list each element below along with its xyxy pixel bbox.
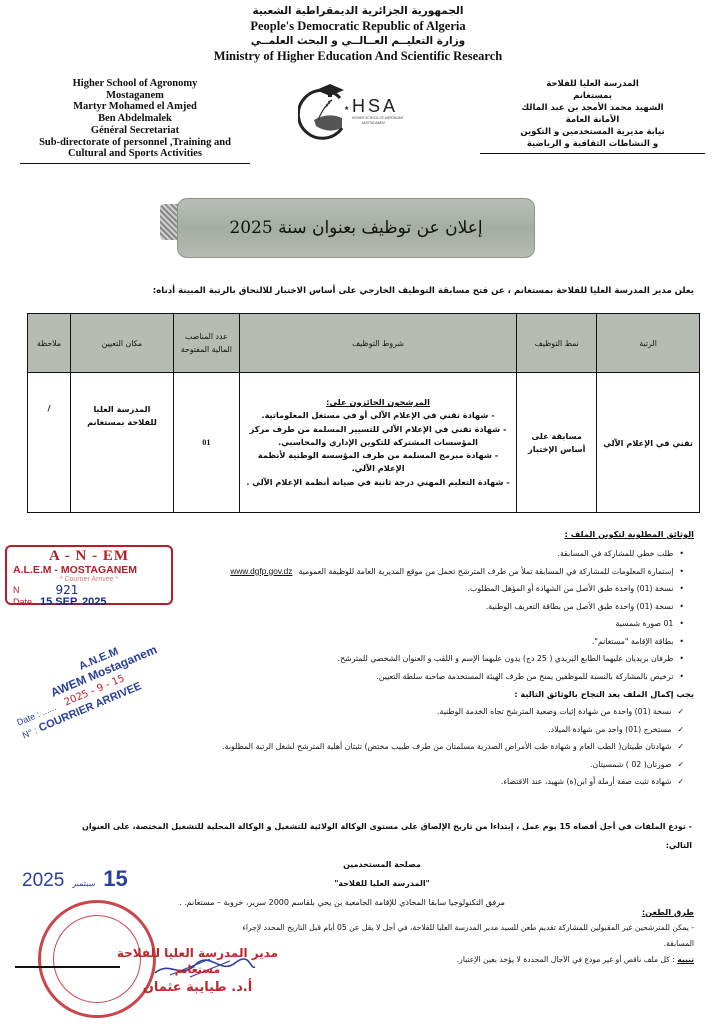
hsa-logo-icon: ★ HSA HIGHER SCHOOL OF AGRONOMY MOSTAGAN… bbox=[298, 80, 428, 142]
table-row: تقني في الإعلام الآلي مسابقة على أساس ال… bbox=[28, 373, 700, 513]
cell-posts: 01 bbox=[173, 373, 239, 513]
after-success-heading: يجب إكمال الملف بعد النجاح بالوثائق التا… bbox=[174, 686, 694, 703]
list-item: إستمارة المعلومات للمشاركة في المسابقة ت… bbox=[174, 563, 684, 581]
stamp-date-label: Date bbox=[13, 596, 32, 608]
signature-city: مستغانم bbox=[110, 962, 285, 978]
list-item: بطاقة الإقامة "مستغانم". bbox=[174, 633, 684, 651]
intro-text: يعلن مدير المدرسة العليا للفلاحة بمستغان… bbox=[153, 286, 694, 296]
appeals-section: طرق الطعن: - يمكن للمترشحين غير المقبولي… bbox=[224, 904, 694, 968]
cell-mode: مسابقة على أساس الإختبار bbox=[517, 373, 597, 513]
required-documents: الوثائق المطلوبة لتكوين الملف : طلب خطي … bbox=[174, 529, 694, 791]
institution-block-en: Higher School of Agronomy Mostaganem Mar… bbox=[20, 78, 250, 164]
announcement-title-box: إعلان عن توظيف بعنوان سنة 2025 bbox=[177, 198, 535, 258]
date-month: سبتمبر bbox=[72, 879, 95, 888]
appeals-text: - يمكن للمترشحين غير المقبولين للمشاركة … bbox=[224, 920, 694, 952]
director-signature: مدير المدرسة العليا للفلاحة مستغانم أ.د.… bbox=[110, 944, 285, 998]
institution-line: Higher School of Agronomy bbox=[20, 78, 250, 90]
header-conditions: شروط التوظيف bbox=[239, 314, 516, 373]
condition-item: - شهادة مبرمج المسلمة من طرف المؤسسة الو… bbox=[246, 449, 510, 475]
institution-line: بمستغانم bbox=[480, 90, 705, 102]
institution-line: Cultural and Sports Activities bbox=[20, 148, 250, 160]
institution-block-ar: المدرسة العليا للفلاحة بمستغانم الشهيد م… bbox=[480, 78, 705, 154]
list-item: نسخة (01) واحدة طبق الأصل من بطاقة التعر… bbox=[174, 598, 684, 616]
list-item: ظرفان بريديان عليهما الطابع البريدي ( 25… bbox=[174, 650, 684, 668]
recruitment-table: الرتبة نمط التوظيف شروط التوظيف عدد المن… bbox=[27, 313, 700, 513]
header-note: ملاحظة bbox=[28, 314, 71, 373]
conditions-lead: المرشحون الحائزون على: bbox=[246, 396, 510, 409]
institution-line: Général Secretariat bbox=[20, 125, 250, 137]
announcement-title: إعلان عن توظيف بعنوان سنة 2025 bbox=[229, 218, 482, 238]
list-item: صورتان( 02 ) شمسيتان. bbox=[174, 756, 684, 774]
institution-line: Mostaganem bbox=[20, 90, 250, 102]
institution-line: نيابة مديرية المستخدمين و التكوين bbox=[480, 126, 705, 138]
deposit-line: - تودع الملفات في أجل أقصاه 15 يوم عمل ،… bbox=[72, 817, 692, 855]
awem-n-label: N° : bbox=[21, 725, 39, 740]
dgfp-link[interactable]: www.dgfp.gov.dz bbox=[230, 566, 292, 576]
signature-title: مدير المدرسة العليا للفلاحة bbox=[110, 944, 285, 962]
hsa-logo: ★ HSA HIGHER SCHOOL OF AGRONOMY MOSTAGAN… bbox=[298, 80, 428, 142]
ministry-en: Ministry of Higher Education And Scienti… bbox=[0, 49, 716, 64]
condition-item: - شهادة التعليم المهني درجة ثانية في صيا… bbox=[246, 476, 510, 489]
after-success-list: نسخة (01) واحدة من شهادة إثبات وضعية الم… bbox=[174, 703, 694, 791]
notice-line: تنبيه : كل ملف ناقص أو غير مودع في الآجا… bbox=[224, 952, 694, 968]
deposit-service: مصلحة المستخدمين bbox=[72, 855, 692, 874]
institution-line: المدرسة العليا للفلاحة bbox=[480, 78, 705, 90]
institution-line: Ben Abdelmalek bbox=[20, 113, 250, 125]
date-year: 2025 bbox=[22, 870, 64, 892]
list-item: نسخة (01) واحدة طبق الأصل من الشهادة أو … bbox=[174, 580, 684, 598]
svg-text:HIGHER SCHOOL OF AGRONOMY: HIGHER SCHOOL OF AGRONOMY bbox=[352, 116, 404, 120]
deposit-school: "المدرسة العليا للفلاحة" bbox=[72, 874, 692, 893]
condition-item: - شهادة تقني في الإعلام الآلي أو في مستغ… bbox=[246, 409, 510, 422]
stamp-date-row: Date15 SEP. 2025 bbox=[13, 596, 165, 608]
list-item: 01 صورة شمسية bbox=[174, 615, 684, 633]
svg-text:★: ★ bbox=[344, 105, 349, 112]
stamp-number: 921 bbox=[56, 584, 79, 596]
notice-label: تنبيه bbox=[677, 955, 694, 964]
signature-name: أ.د. طيايبة عثمان bbox=[110, 978, 285, 998]
republic-en: People's Democratic Republic of Algeria bbox=[0, 19, 716, 34]
svg-text:MOSTAGANEM: MOSTAGANEM bbox=[362, 121, 385, 125]
list-item: شهادتان طبيتان( الطب العام و شهادة طب ال… bbox=[174, 738, 684, 756]
appeals-heading: طرق الطعن: bbox=[224, 904, 694, 920]
documents-heading: الوثائق المطلوبة لتكوين الملف : bbox=[174, 529, 694, 539]
header-place: مكان التعيين bbox=[70, 314, 173, 373]
stamp-sub: * Courrier Arrivée * bbox=[13, 576, 165, 584]
date-stamp: 2025 سبتمبر 15 bbox=[22, 866, 128, 892]
header-posts: عدد المناصب المالية المفتوحة bbox=[173, 314, 239, 373]
deposit-instructions: - تودع الملفات في أجل أقصاه 15 يوم عمل ،… bbox=[72, 817, 692, 912]
cell-note: / bbox=[28, 373, 71, 513]
institution-line: و النشاطات الثقافية و الرياضية bbox=[480, 138, 705, 150]
date-day: 15 bbox=[103, 866, 127, 892]
institution-line: Martyr Mohamed el Amjed bbox=[20, 101, 250, 113]
republic-ar: الجمهورية الجزائرية الديمقراطية الشعبية bbox=[0, 4, 716, 19]
stamp-n-label: N bbox=[13, 584, 20, 596]
cell-rank: تقني في الإعلام الآلي bbox=[597, 373, 700, 513]
list-item: نسخة (01) واحدة من شهادة إثبات وضعية الم… bbox=[174, 703, 684, 721]
list-item: طلب خطي للمشاركة في المسابقة. bbox=[174, 545, 684, 563]
institution-line: Sub-directorate of personnel ,Training a… bbox=[20, 137, 250, 149]
condition-item: - شهادة تقني في الإعلام الآلي للتسيير ال… bbox=[246, 423, 510, 449]
stamp-agency: A.L.E.M - MOSTAGANEM bbox=[13, 564, 165, 576]
stamp-date: 15 SEP. 2025 bbox=[40, 596, 106, 608]
svg-text:HSA: HSA bbox=[352, 96, 398, 116]
stamp-number-row: N921 bbox=[13, 584, 165, 596]
institution-line: الشهيد محمد الأمجد بن عبد المالك bbox=[480, 102, 705, 114]
notice-text: : كل ملف ناقص أو غير مودع في الآجال المح… bbox=[457, 955, 678, 964]
documents-list: طلب خطي للمشاركة في المسابقة. إستمارة ال… bbox=[174, 545, 694, 685]
list-item: شهادة تثبت صفة أرملة أو ابن(ة) شهيد، عند… bbox=[174, 773, 684, 791]
header-mode: نمط التوظيف bbox=[517, 314, 597, 373]
form-item-text: إستمارة المعلومات للمشاركة في المسابقة ت… bbox=[298, 567, 673, 576]
cell-conditions: المرشحون الحائزون على: - شهادة تقني في ا… bbox=[239, 373, 516, 513]
document-header: الجمهورية الجزائرية الديمقراطية الشعبية … bbox=[0, 4, 716, 64]
list-item: ترخيص بالمشاركة بالنسبة للموظفين يمنح من… bbox=[174, 668, 684, 686]
header-rank: الرتبة bbox=[597, 314, 700, 373]
list-item: مستخرج (01) واحد من شهادة الميلاد. bbox=[174, 721, 684, 739]
institution-line: الأمانة العامة bbox=[480, 114, 705, 126]
anem-stamp: A - N - EM A.L.E.M - MOSTAGANEM * Courri… bbox=[5, 545, 173, 605]
ministry-ar: وزارة التعليــم العــالــي و البحث العلم… bbox=[0, 34, 716, 49]
stamp-title: A - N - EM bbox=[13, 549, 165, 564]
cell-place: المدرسة العليا للفلاحة بمستغانم bbox=[70, 373, 173, 513]
signature-line bbox=[15, 966, 120, 968]
